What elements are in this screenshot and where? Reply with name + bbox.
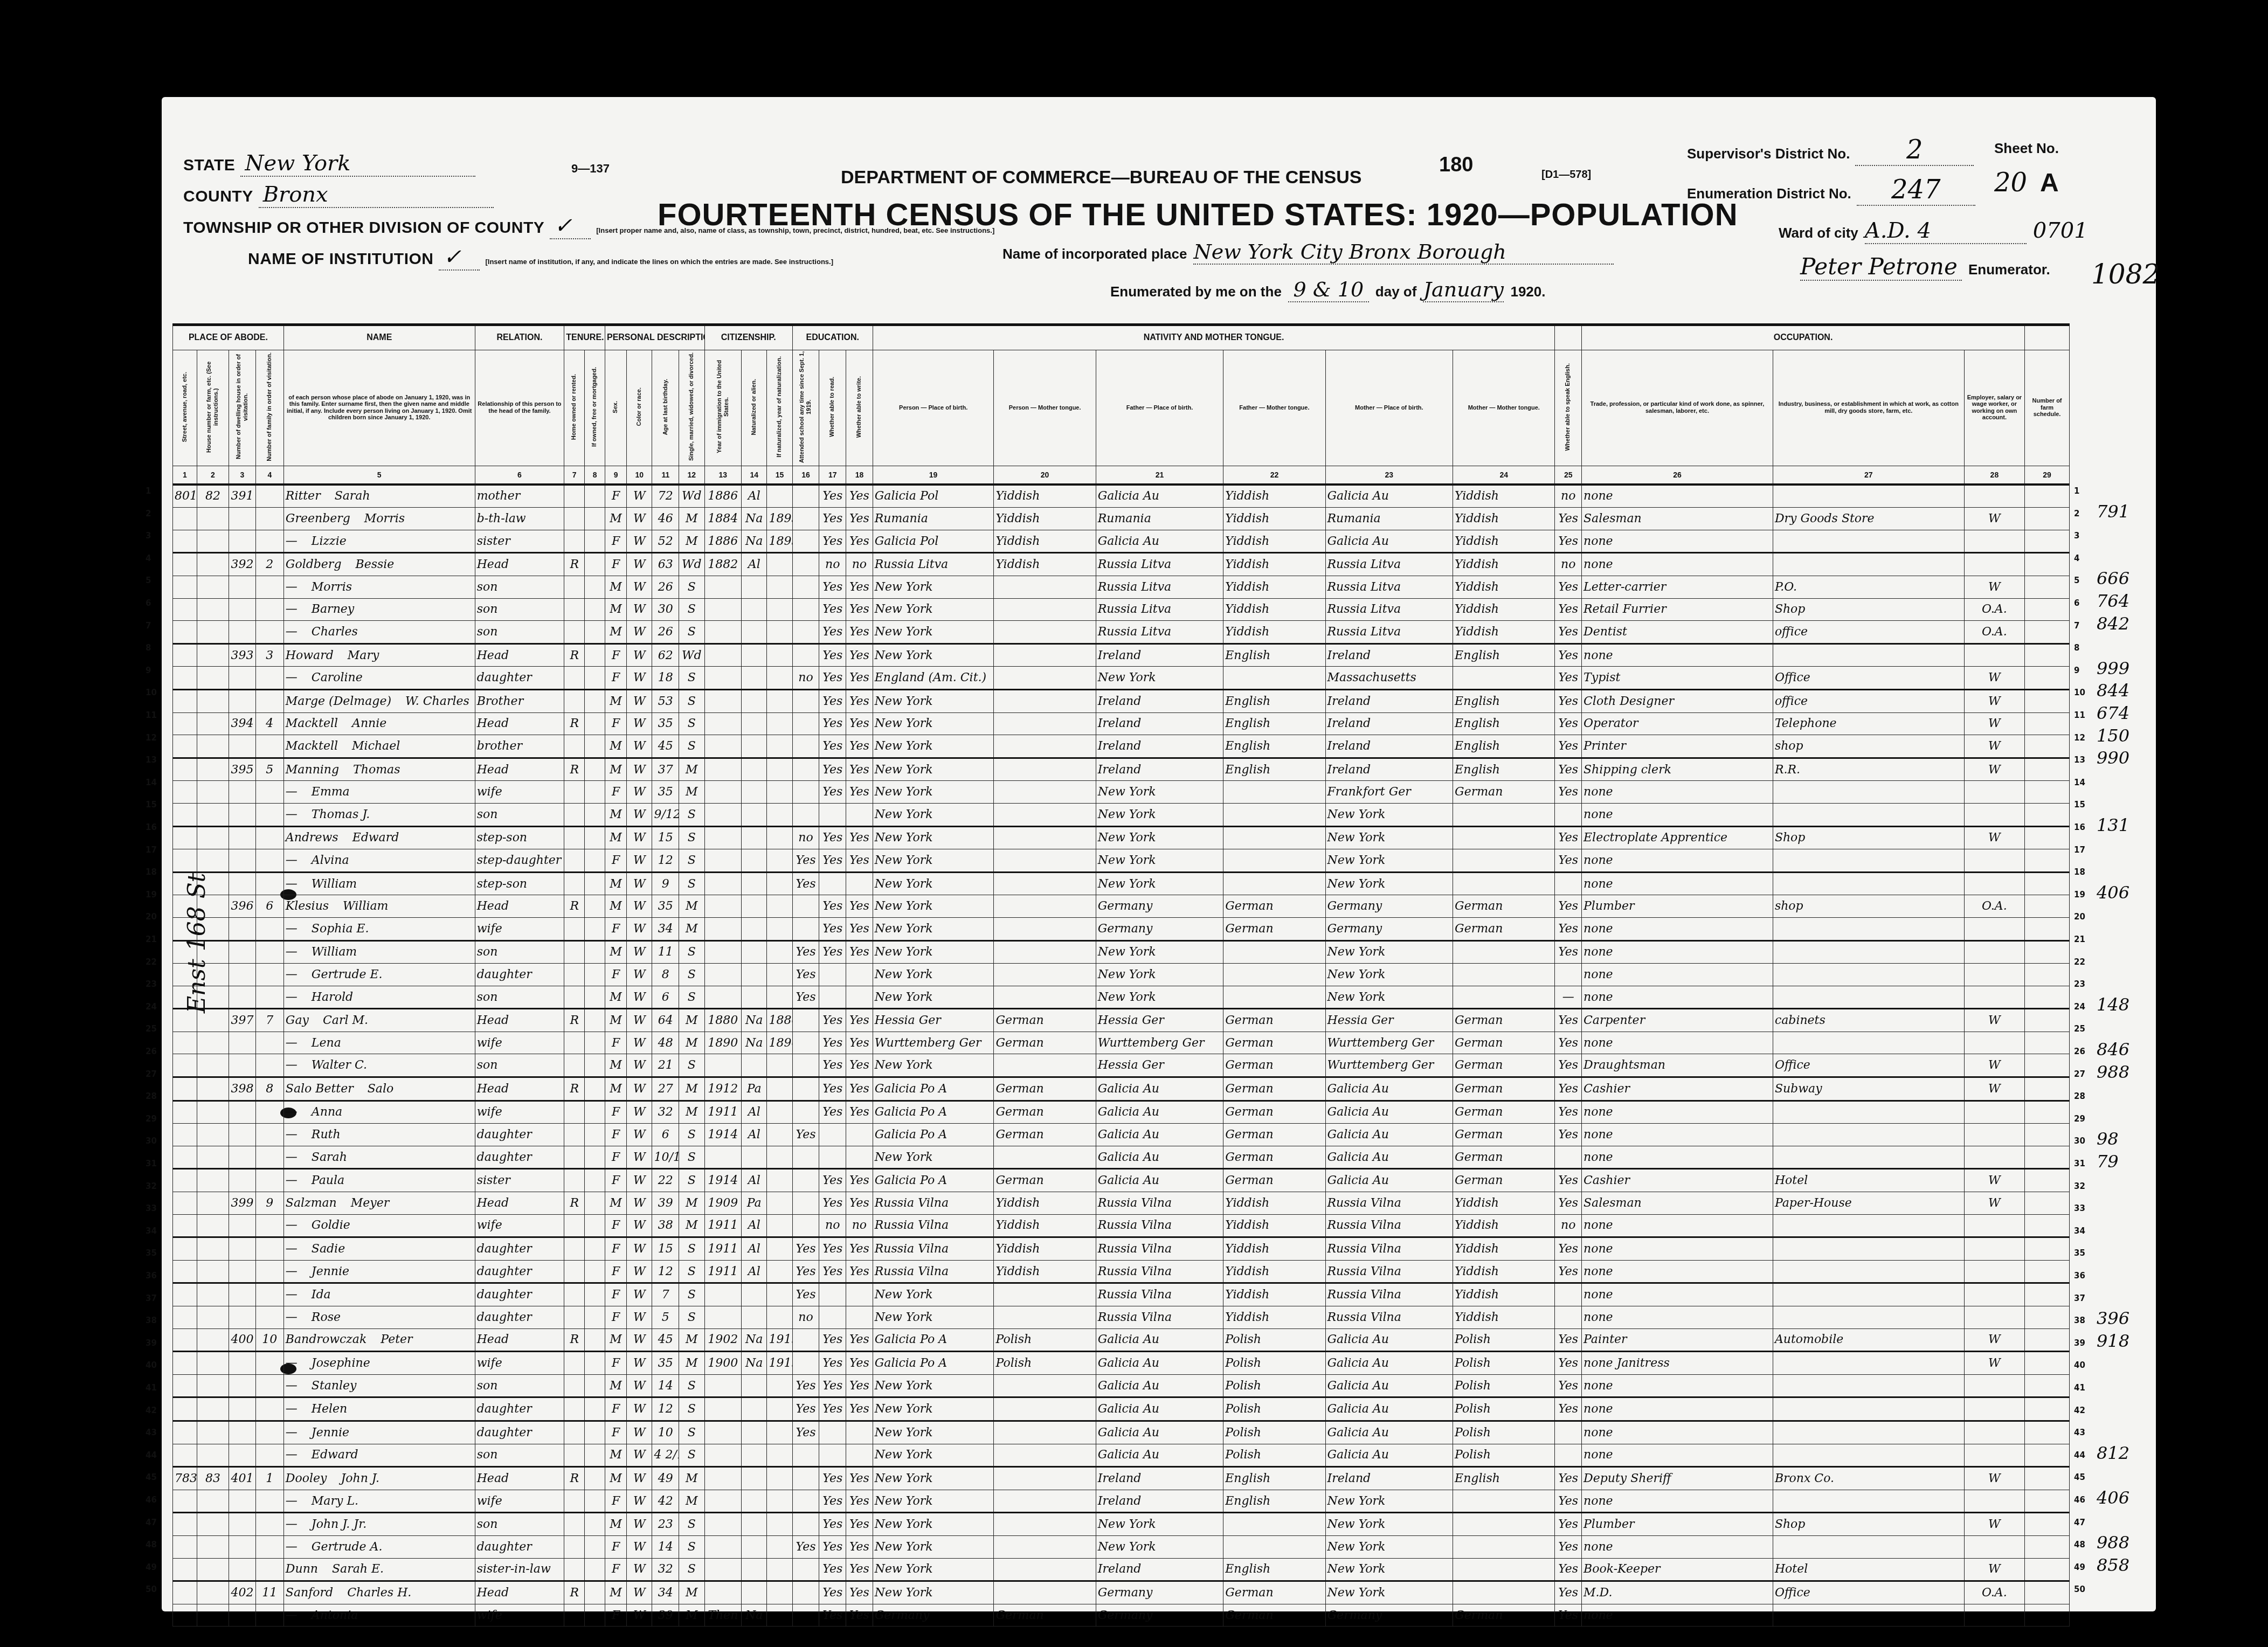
- margin-code: 148: [2097, 994, 2129, 1015]
- cell-street: [173, 1513, 197, 1536]
- cell-natyr: [767, 940, 792, 964]
- cell-relation: Head: [475, 712, 564, 735]
- given-name: Thomas J.: [312, 808, 370, 821]
- cell-marital: S: [679, 1513, 704, 1536]
- cell-race: W: [627, 781, 652, 804]
- table-row: DunnSarah E.sister-in-lawFW32SYesYesNew …: [173, 1558, 2070, 1581]
- cell-class: [1964, 1397, 2024, 1421]
- column-number: 26: [1582, 466, 1773, 485]
- ward-label: Ward of city: [1779, 225, 1858, 241]
- cell-immig: [704, 621, 742, 644]
- cell-age: 38: [652, 1214, 679, 1237]
- cell-school: [792, 1009, 819, 1032]
- cell-race: W: [627, 1169, 652, 1192]
- cell-sex: F: [605, 1214, 626, 1237]
- line-number: 8: [2074, 643, 2079, 653]
- cell-natyr: [767, 849, 792, 873]
- cell-trade: none: [1582, 1374, 1773, 1397]
- surname: Ritter: [286, 489, 321, 503]
- line-number: 1: [2074, 486, 2079, 496]
- cell-family: 11: [255, 1581, 283, 1604]
- cell-nat: [742, 1490, 767, 1513]
- cell-farm: [2025, 689, 2070, 712]
- cell-school: [792, 1146, 819, 1169]
- surname: Manning: [286, 763, 339, 777]
- cell-nat: Na: [742, 530, 767, 553]
- cell-name: —Gertrude E.: [283, 964, 475, 986]
- cell-mort: [585, 872, 605, 895]
- cell-house: [197, 1032, 229, 1054]
- cell-industry: Office: [1773, 1581, 1964, 1604]
- cell-age: 30: [652, 598, 679, 621]
- cell-marital: M: [679, 1581, 704, 1604]
- cell-mort: [585, 1306, 605, 1329]
- cell-m_tongue: [1453, 964, 1555, 986]
- cell-tongue: Yiddish: [994, 508, 1096, 530]
- cell-immig: 1912: [704, 1077, 742, 1101]
- cell-immig: [704, 689, 742, 712]
- cell-write: Yes: [846, 1328, 873, 1352]
- cell-read: no: [819, 1214, 846, 1237]
- cell-natyr: [767, 553, 792, 576]
- cell-house: 82: [197, 485, 229, 508]
- cell-race: W: [627, 1237, 652, 1261]
- supervisor-district-label: Supervisor's District No.: [1687, 146, 1850, 162]
- cell-family: [255, 1421, 283, 1444]
- cell-read: no: [819, 553, 846, 576]
- cell-school: [792, 1513, 819, 1536]
- cell-street: [173, 1101, 197, 1124]
- cell-farm: [2025, 667, 2070, 690]
- cell-mort: [585, 1214, 605, 1237]
- cell-read: Yes: [819, 849, 846, 873]
- cell-name: —Josephine: [283, 1352, 475, 1375]
- cell-english: Yes: [1555, 940, 1582, 964]
- cell-age: 14: [652, 1374, 679, 1397]
- cell-immig: [704, 1146, 742, 1169]
- cell-industry: [1773, 1146, 1964, 1169]
- cell-natyr: [767, 1444, 792, 1467]
- cell-f_tongue: German: [1223, 1124, 1325, 1146]
- cell-home: [564, 1032, 585, 1054]
- cell-m_pob: Ireland: [1325, 712, 1453, 735]
- incorporated-place-value: New York City Bronx Borough: [1193, 240, 1614, 265]
- cell-write: Yes: [846, 1192, 873, 1215]
- cell-m_tongue: Yiddish: [1453, 576, 1555, 599]
- cell-class: O.A.: [1964, 621, 2024, 644]
- margin-code: 406: [2097, 882, 2129, 903]
- column-header-11: Age at last birthday.: [652, 350, 679, 466]
- cell-class: [1964, 872, 2024, 895]
- cell-school: [792, 1169, 819, 1192]
- line-number: 47: [2074, 1518, 2085, 1527]
- cell-tongue: Yiddish: [994, 530, 1096, 553]
- cell-m_tongue: English: [1453, 1467, 1555, 1490]
- cell-nat: [742, 1306, 767, 1329]
- column-number: 27: [1773, 466, 1964, 485]
- cell-english: Yes: [1555, 689, 1582, 712]
- margin-code: 844: [2097, 680, 2129, 701]
- cell-dwelling: [229, 1604, 256, 1627]
- cell-read: Yes: [819, 1260, 846, 1283]
- cell-street: 801: [173, 485, 197, 508]
- column-header-6: Relationship of this person to the head …: [475, 350, 564, 466]
- cell-write: Yes: [846, 735, 873, 758]
- table-row: 3922GoldbergBessieHeadRFW63Wd1882AlnonoR…: [173, 553, 2070, 576]
- column-header-16: Attended school any time since Sept. 1, …: [792, 350, 819, 466]
- cell-family: [255, 917, 283, 940]
- line-number: 26: [2074, 1047, 2085, 1056]
- cell-name: SanfordCharles H.: [283, 1581, 475, 1604]
- cell-m_tongue: [1453, 667, 1555, 690]
- cell-natyr: [767, 598, 792, 621]
- surname: —: [286, 1311, 298, 1324]
- cell-write: no: [846, 553, 873, 576]
- line-number: 23: [2074, 979, 2085, 989]
- cell-m_tongue: [1453, 1490, 1555, 1513]
- table-row: —MorrissonMW26SYesYesNew YorkRussia Litv…: [173, 576, 2070, 599]
- cell-family: [255, 1101, 283, 1124]
- cell-mort: [585, 1237, 605, 1261]
- cell-m_pob: New York: [1325, 1490, 1453, 1513]
- cell-race: W: [627, 1283, 652, 1306]
- cell-race: W: [627, 1214, 652, 1237]
- cell-write: [846, 1283, 873, 1306]
- cell-write: Yes: [846, 1032, 873, 1054]
- cell-english: Yes: [1555, 1352, 1582, 1375]
- cell-street: [173, 872, 197, 895]
- cell-age: 9/12: [652, 803, 679, 826]
- cell-natyr: [767, 1535, 792, 1558]
- cell-family: [255, 1397, 283, 1421]
- cell-english: Yes: [1555, 1467, 1582, 1490]
- line-number: 13: [146, 755, 157, 765]
- cell-class: [1964, 803, 2024, 826]
- cell-read: Yes: [819, 1513, 846, 1536]
- cell-age: 35: [652, 1352, 679, 1375]
- cell-sex: F: [605, 1306, 626, 1329]
- cell-english: Yes: [1555, 667, 1582, 690]
- column-number: 1: [173, 466, 197, 485]
- cell-school: [792, 576, 819, 599]
- cell-school: Yes: [792, 986, 819, 1009]
- cell-marital: S: [679, 1283, 704, 1306]
- cell-farm: [2025, 1101, 2070, 1124]
- margin-code: 918: [2097, 1331, 2129, 1351]
- cell-m_pob: Ireland: [1325, 758, 1453, 781]
- cell-m_tongue: English: [1453, 712, 1555, 735]
- cell-name: —Helen: [283, 1397, 475, 1421]
- cell-m_tongue: Yiddish: [1453, 485, 1555, 508]
- given-name: Harold: [312, 991, 353, 1004]
- cell-natyr: [767, 917, 792, 940]
- cell-sex: M: [605, 1513, 626, 1536]
- cell-immig: [704, 986, 742, 1009]
- cell-f_tongue: Yiddish: [1223, 576, 1325, 599]
- cell-home: [564, 621, 585, 644]
- column-header-9: Sex.: [605, 350, 626, 466]
- cell-relation: Head: [475, 895, 564, 918]
- cell-industry: [1773, 1101, 1964, 1124]
- cell-read: Yes: [819, 1328, 846, 1352]
- cell-read: Yes: [819, 1490, 846, 1513]
- cell-tongue: [994, 1490, 1096, 1513]
- table-row: GreenbergMorrisb-th-lawMW46M1884Na1895Ye…: [173, 508, 2070, 530]
- given-name: Ruth: [312, 1128, 341, 1141]
- cell-house: [197, 1444, 229, 1467]
- cell-farm: [2025, 1535, 2070, 1558]
- cell-mort: [585, 917, 605, 940]
- cell-trade: Electroplate Apprentice: [1582, 826, 1773, 849]
- cell-m_pob: Russia Vilna: [1325, 1192, 1453, 1215]
- day-of-label: day of: [1375, 283, 1417, 300]
- surname: —: [286, 877, 298, 891]
- cell-sex: F: [605, 964, 626, 986]
- cell-f_pob: Galicia Au: [1096, 1397, 1223, 1421]
- cell-street: [173, 1054, 197, 1077]
- cell-tongue: Yiddish: [994, 1214, 1096, 1237]
- cell-marital: M: [679, 781, 704, 804]
- cell-school: [792, 485, 819, 508]
- cell-street: [173, 1283, 197, 1306]
- given-name: Helen: [312, 1402, 347, 1416]
- margin-code: 988: [2097, 1532, 2129, 1553]
- cell-f_pob: Ireland: [1096, 1490, 1223, 1513]
- line-number: 41: [146, 1383, 157, 1393]
- cell-mort: [585, 598, 605, 621]
- cell-class: [1964, 1260, 2024, 1283]
- cell-class: W: [1964, 667, 2024, 690]
- column-number: 22: [1223, 466, 1325, 485]
- cell-age: 62: [652, 643, 679, 667]
- column-number: 24: [1453, 466, 1555, 485]
- given-name: Mary: [348, 649, 379, 662]
- enumerated-day: 9 & 10: [1288, 278, 1369, 302]
- cell-pob: New York: [873, 1421, 994, 1444]
- line-number: 16: [146, 822, 157, 832]
- surname: —: [286, 1540, 298, 1554]
- table-row: —HelendaughterFW12SYesYesYesNew YorkGali…: [173, 1397, 2070, 1421]
- cell-pob: Galicia Pol: [873, 485, 994, 508]
- cell-school: Yes: [792, 872, 819, 895]
- cell-f_tongue: German: [1223, 895, 1325, 918]
- table-row: —BarneysonMW30SYesYesNew YorkRussia Litv…: [173, 598, 2070, 621]
- cell-nat: Al: [742, 485, 767, 508]
- table-row: AndrewsEdwardstep-sonMW15SnoYesYesNew Yo…: [173, 826, 2070, 849]
- cell-natyr: [767, 1374, 792, 1397]
- cell-industry: [1773, 964, 1964, 986]
- line-number: 12: [2074, 733, 2085, 743]
- table-row: —PaulasisterFW22S1914AlYesYesGalicia Po …: [173, 1169, 2070, 1192]
- given-name: Ida: [312, 1288, 331, 1302]
- cell-school: [792, 598, 819, 621]
- cell-english: Yes: [1555, 1169, 1582, 1192]
- cell-f_pob: New York: [1096, 667, 1223, 690]
- cell-read: [819, 1124, 846, 1146]
- column-header-25: Whether able to speak English.: [1555, 350, 1582, 466]
- cell-pob: Galicia Po A: [873, 1352, 994, 1375]
- given-name: Morris: [364, 512, 405, 525]
- cell-read: Yes: [819, 508, 846, 530]
- cell-family: [255, 1374, 283, 1397]
- given-name: Bessie: [355, 558, 394, 571]
- cell-home: [564, 1101, 585, 1124]
- cell-dwelling: [229, 1054, 256, 1077]
- cell-english: [1555, 1146, 1582, 1169]
- cell-race: W: [627, 1444, 652, 1467]
- cell-write: Yes: [846, 895, 873, 918]
- cell-class: [1964, 643, 2024, 667]
- cell-race: W: [627, 940, 652, 964]
- cell-relation: daughter: [475, 1397, 564, 1421]
- column-number: 11: [652, 466, 679, 485]
- cell-immig: [704, 643, 742, 667]
- cell-dwelling: [229, 621, 256, 644]
- cell-sex: F: [605, 1169, 626, 1192]
- cell-age: 35: [652, 895, 679, 918]
- cell-dwelling: [229, 849, 256, 873]
- cell-mort: [585, 758, 605, 781]
- column-number: 19: [873, 466, 994, 485]
- cell-farm: [2025, 1397, 2070, 1421]
- cell-m_pob: Galicia Au: [1325, 1146, 1453, 1169]
- cell-name: —Alvina: [283, 849, 475, 873]
- line-number: 32: [146, 1181, 157, 1191]
- cell-natyr: [767, 1192, 792, 1215]
- page-stamp: 180: [1439, 154, 1473, 177]
- cell-race: W: [627, 1490, 652, 1513]
- cell-write: Yes: [846, 1077, 873, 1101]
- cell-nat: Al: [742, 1260, 767, 1283]
- cell-m_tongue: [1453, 1581, 1555, 1604]
- cell-nat: Na: [742, 1352, 767, 1375]
- cell-f_tongue: [1223, 803, 1325, 826]
- cell-write: Yes: [846, 1397, 873, 1421]
- cell-race: W: [627, 1077, 652, 1101]
- cell-f_pob: Germany: [1096, 1581, 1223, 1604]
- line-number: 3: [146, 531, 151, 541]
- table-row: —CharlessonMW26SYesYesNew YorkRussia Lit…: [173, 621, 2070, 644]
- cell-farm: [2025, 1054, 2070, 1077]
- cell-english: [1555, 1421, 1582, 1444]
- cell-m_pob: Ireland: [1325, 1467, 1453, 1490]
- given-name: William: [312, 877, 357, 891]
- cell-race: W: [627, 643, 652, 667]
- cell-race: W: [627, 553, 652, 576]
- cell-tongue: [994, 758, 1096, 781]
- line-number: 28: [146, 1091, 157, 1101]
- table-row: —LizziesisterFW52M1886Na1895YesYesGalici…: [173, 530, 2070, 553]
- cell-class: [1964, 1604, 2024, 1627]
- cell-house: [197, 530, 229, 553]
- cell-immig: [704, 735, 742, 758]
- line-number: 36: [146, 1271, 157, 1281]
- cell-pob: New York: [873, 643, 994, 667]
- cell-mort: [585, 1374, 605, 1397]
- cell-home: R: [564, 1077, 585, 1101]
- cell-family: [255, 1124, 283, 1146]
- cell-mort: [585, 712, 605, 735]
- cell-f_tongue: Yiddish: [1223, 1192, 1325, 1215]
- cell-sex: F: [605, 1260, 626, 1283]
- given-name: Josephine: [312, 1357, 370, 1370]
- cell-m_tongue: Polish: [1453, 1397, 1555, 1421]
- cell-school: Yes: [792, 1124, 819, 1146]
- cell-tongue: Yiddish: [994, 1192, 1096, 1215]
- column-header-12: Single, married, widowed, or divorced.: [679, 350, 704, 466]
- cell-m_tongue: German: [1453, 1146, 1555, 1169]
- cell-house: [197, 1328, 229, 1352]
- cell-family: [255, 508, 283, 530]
- cell-trade: Retail Furrier: [1582, 598, 1773, 621]
- cell-dwelling: [229, 826, 256, 849]
- cell-mort: [585, 508, 605, 530]
- cell-english: no: [1555, 1214, 1582, 1237]
- cell-natyr: 1895: [767, 530, 792, 553]
- cell-f_tongue: [1223, 964, 1325, 986]
- surname: —: [286, 1174, 298, 1187]
- line-number: 4: [2074, 553, 2079, 563]
- cell-marital: M: [679, 1467, 704, 1490]
- cell-f_pob: Galicia Au: [1096, 1124, 1223, 1146]
- cell-m_pob: Galicia Au: [1325, 1421, 1453, 1444]
- form-number: 9—137: [571, 162, 610, 176]
- line-number: 40: [2074, 1360, 2085, 1370]
- cell-age: 21: [652, 1054, 679, 1077]
- surname: —: [286, 1036, 298, 1050]
- column-header-20: Person — Mother tongue.: [994, 350, 1096, 466]
- cell-trade: none: [1582, 964, 1773, 986]
- given-name: John J. Jr.: [312, 1518, 367, 1531]
- cell-f_tongue: Polish: [1223, 1328, 1325, 1352]
- cell-relation: wife: [475, 917, 564, 940]
- cell-mort: [585, 1490, 605, 1513]
- cell-m_pob: Galicia Au: [1325, 1328, 1453, 1352]
- enumeration-district-value: 247: [1857, 175, 1975, 206]
- cell-class: [1964, 964, 2024, 986]
- cell-f_tongue: German: [1223, 1009, 1325, 1032]
- cell-pob: Rumania: [873, 508, 994, 530]
- cell-name: —William: [283, 940, 475, 964]
- cell-mort: [585, 1421, 605, 1444]
- cell-natyr: [767, 667, 792, 690]
- cell-relation: Head: [475, 1192, 564, 1215]
- cell-sex: F: [605, 712, 626, 735]
- cell-natyr: [767, 485, 792, 508]
- cell-write: Yes: [846, 849, 873, 873]
- cell-house: [197, 1260, 229, 1283]
- cell-home: [564, 1421, 585, 1444]
- cell-immig: [704, 1444, 742, 1467]
- cell-school: [792, 895, 819, 918]
- cell-age: 12: [652, 1397, 679, 1421]
- line-number: 27: [146, 1069, 157, 1079]
- cell-m_pob: New York: [1325, 1513, 1453, 1536]
- cell-house: [197, 1513, 229, 1536]
- cell-dwelling: [229, 508, 256, 530]
- cell-english: Yes: [1555, 1328, 1582, 1352]
- cell-street: [173, 1124, 197, 1146]
- line-number: 30: [146, 1136, 157, 1146]
- cell-marital: S: [679, 1558, 704, 1581]
- cell-trade: none: [1582, 485, 1773, 508]
- cell-read: Yes: [819, 1101, 846, 1124]
- cell-tongue: [994, 1374, 1096, 1397]
- cell-mort: [585, 1535, 605, 1558]
- cell-write: Yes: [846, 598, 873, 621]
- cell-age: 4 2/12: [652, 1444, 679, 1467]
- column-header-23: Mother — Place of birth.: [1325, 350, 1453, 466]
